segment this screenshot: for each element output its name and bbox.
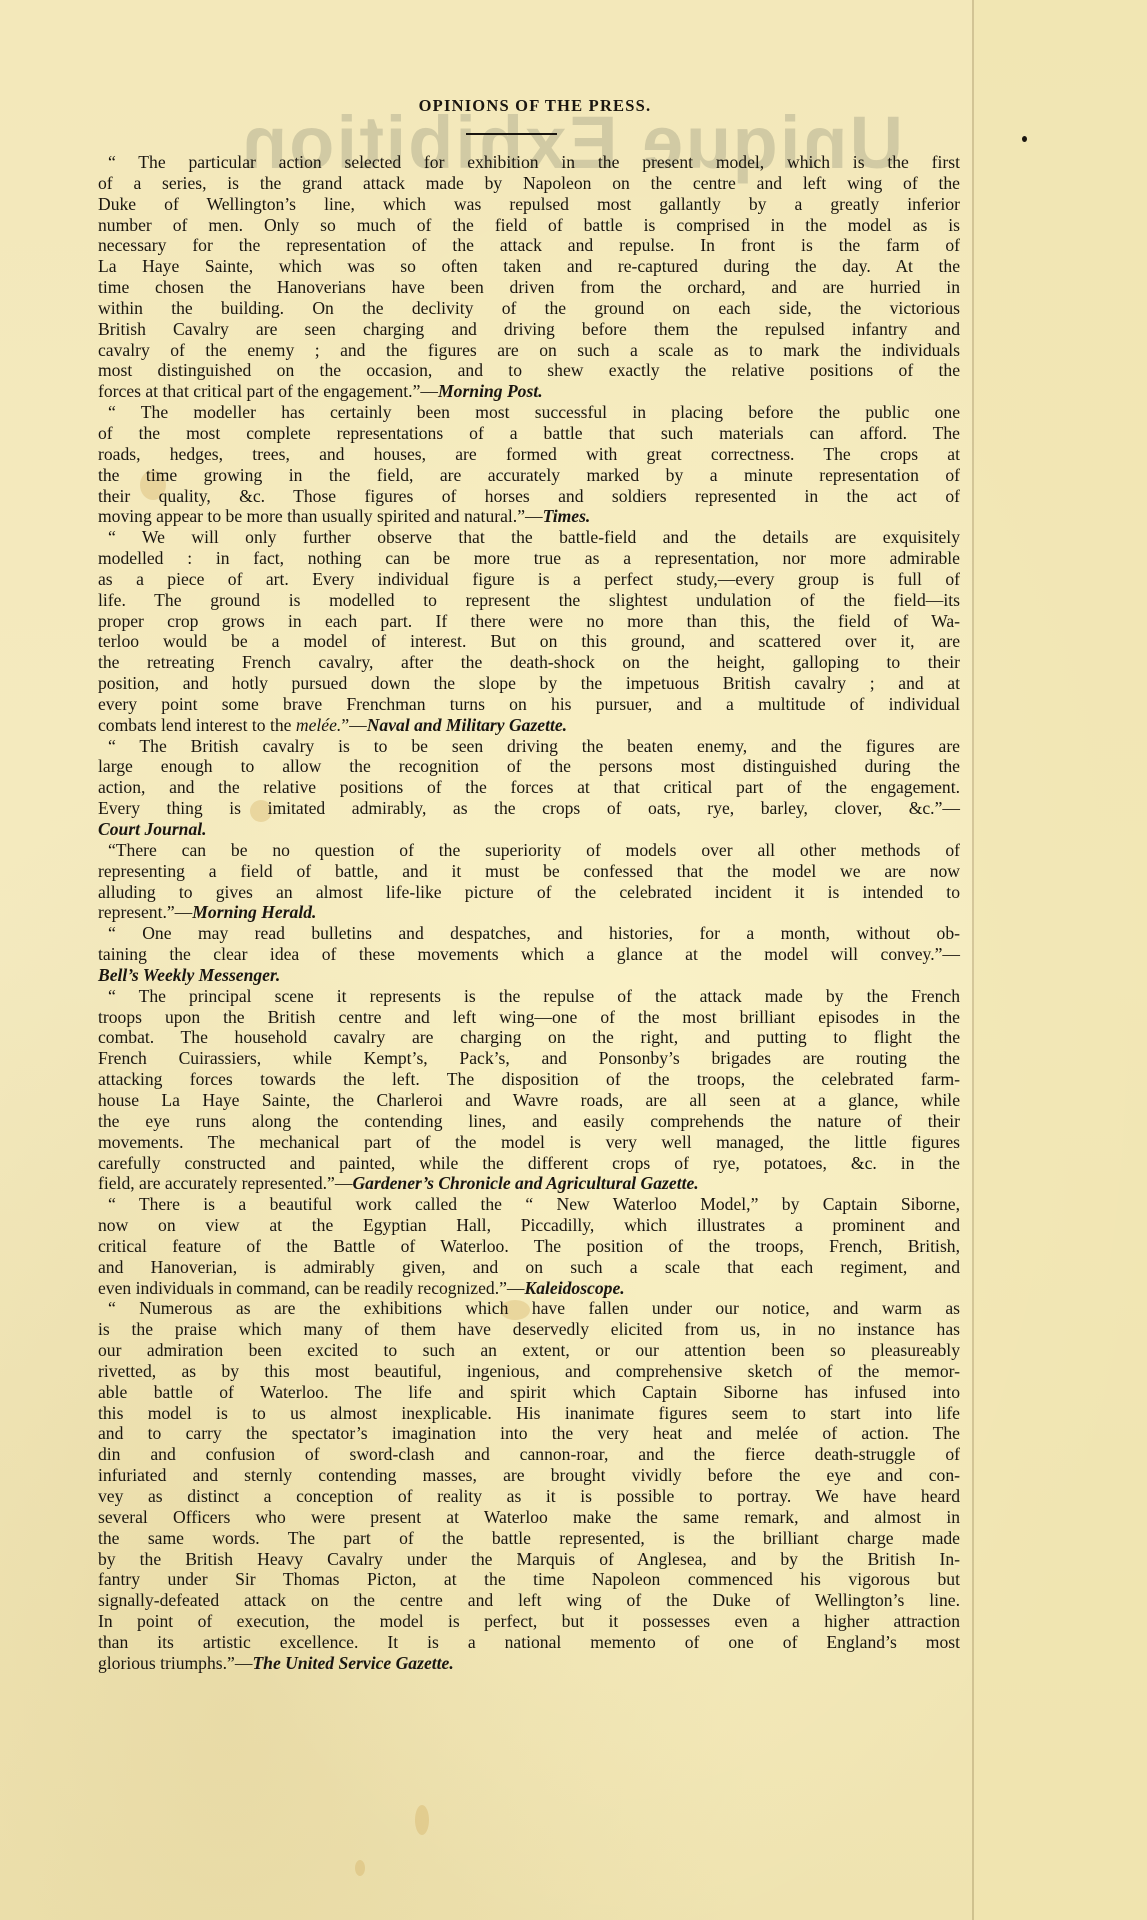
quote-line: this model is to us almost inexplicable.…: [98, 1403, 960, 1424]
quote-line: life. The ground is modelled to represen…: [98, 590, 960, 611]
quote-line: able battle of Waterloo. The life and sp…: [98, 1382, 960, 1403]
quote-line: alluding to gives an almost life-like pi…: [98, 882, 960, 903]
quote-attribution-line: even individuals in command, can be read…: [98, 1278, 960, 1299]
quote-line: In point of execution, the model is perf…: [98, 1611, 960, 1632]
quote-line: large enough to allow the recognition of…: [98, 756, 960, 777]
quote-text: glorious triumphs.”—: [98, 1653, 252, 1673]
quote-attribution-line: forces at that critical part of the enga…: [98, 381, 960, 402]
quote-attribution-line: glorious triumphs.”—The United Service G…: [98, 1653, 960, 1674]
quote-text: represent.”—: [98, 902, 192, 922]
quote-line: number of men. Only so much of the field…: [98, 215, 960, 236]
quote-text: field, are accurately represented.”—: [98, 1173, 352, 1193]
quote-line: “ The principal scene it represents is t…: [98, 986, 960, 1007]
quote-source: Morning Herald.: [192, 902, 316, 922]
quote-line: the same words. The part of the battle r…: [98, 1528, 960, 1549]
quote-line: by the British Heavy Cavalry under the M…: [98, 1549, 960, 1570]
quote-line: fantry under Sir Thomas Picton, at the t…: [98, 1569, 960, 1590]
quote-line: “ One may read bulletins and despatches,…: [98, 923, 960, 944]
quote-line: their quality, &c. Those figures of hors…: [98, 486, 960, 507]
quote-line: carefully constructed and painted, while…: [98, 1153, 960, 1174]
quote-line: representing a field of battle, and it m…: [98, 861, 960, 882]
quote-attribution-line: field, are accurately represented.”—Gard…: [98, 1173, 960, 1194]
quote-line: Duke of Wellington’s line, which was rep…: [98, 194, 960, 215]
quote-line: our admiration been excited to such an e…: [98, 1340, 960, 1361]
press-quote: “ One may read bulletins and despatches,…: [98, 923, 960, 986]
quote-line: “ We will only further observe that the …: [98, 527, 960, 548]
quote-line: cavalry of the enemy ; and the figures a…: [98, 340, 960, 361]
quote-line: house La Haye Sainte, the Charleroi and …: [98, 1090, 960, 1111]
quote-line: position, and hotly pursued down the slo…: [98, 673, 960, 694]
quote-line: taining the clear idea of these movement…: [98, 944, 960, 965]
quote-line: most distinguished on the occasion, and …: [98, 360, 960, 381]
quote-line: vey as distinct a conception of reality …: [98, 1486, 960, 1507]
quote-line: of the most complete representations of …: [98, 423, 960, 444]
quote-line: several Officers who were present at Wat…: [98, 1507, 960, 1528]
press-quote: “ The principal scene it represents is t…: [98, 986, 960, 1194]
quote-text: moving appear to be more than usually sp…: [98, 506, 543, 526]
quote-line: movements. The mechanical part of the mo…: [98, 1132, 960, 1153]
quote-line: rivetted, as by this most beautiful, ing…: [98, 1361, 960, 1382]
quote-line: French Cuirassiers, while Kempt’s, Pack’…: [98, 1048, 960, 1069]
paper-fold-line: [972, 0, 974, 1920]
italic-word: melée.: [296, 715, 341, 735]
press-quote: “ The particular action selected for exh…: [98, 152, 960, 402]
quote-line: signally-defeated attack on the centre a…: [98, 1590, 960, 1611]
quote-source: Kaleidoscope.: [525, 1278, 625, 1298]
quote-line: Every thing is imitated admirably, as th…: [98, 798, 960, 819]
quote-line: than its artistic excellence. It is a na…: [98, 1632, 960, 1653]
quote-text: combats lend interest to the: [98, 715, 296, 735]
paper-stain: [415, 1805, 429, 1835]
quote-line: modelled : in fact, nothing can be more …: [98, 548, 960, 569]
quote-line: the eye runs along the contending lines,…: [98, 1111, 960, 1132]
quote-line: every point some brave Frenchman turns o…: [98, 694, 960, 715]
press-quote: “ The British cavalry is to be seen driv…: [98, 736, 960, 840]
quote-line: combat. The household cavalry are chargi…: [98, 1027, 960, 1048]
quote-line: attacking forces towards the left. The d…: [98, 1069, 960, 1090]
quote-line: “ The modeller has certainly been most s…: [98, 402, 960, 423]
right-margin-panel: [974, 0, 1147, 1920]
quote-line: within the building. On the declivity of…: [98, 298, 960, 319]
press-quote: “ Numerous as are the exhibitions which …: [98, 1298, 960, 1673]
press-quote: “There can be no question of the superio…: [98, 840, 960, 923]
press-quote: “ We will only further observe that the …: [98, 527, 960, 735]
quote-line: terloo would be a model of interest. But…: [98, 631, 960, 652]
quote-source: The United Service Gazette.: [252, 1653, 453, 1673]
quote-line: infuriated and sternly contending masses…: [98, 1465, 960, 1486]
quote-line: now on view at the Egyptian Hall, Piccad…: [98, 1215, 960, 1236]
quote-attribution-line: represent.”—Morning Herald.: [98, 902, 960, 923]
quote-line: the retreating French cavalry, after the…: [98, 652, 960, 673]
press-quotes: “ The particular action selected for exh…: [98, 152, 960, 1674]
quote-line: time chosen the Hanoverians have been dr…: [98, 277, 960, 298]
quote-line: roads, hedges, trees, and houses, are fo…: [98, 444, 960, 465]
quote-line: proper crop grows in each part. If there…: [98, 611, 960, 632]
quote-line: “ Numerous as are the exhibitions which …: [98, 1298, 960, 1319]
quote-attribution-line: Bell’s Weekly Messenger.: [98, 965, 960, 986]
page-title: OPINIONS OF THE PRESS.: [0, 96, 1070, 116]
quote-line: troops upon the British centre and left …: [98, 1007, 960, 1028]
quote-attribution-line: combats lend interest to the melée.”—Nav…: [98, 715, 960, 736]
quote-line: as a piece of art. Every individual figu…: [98, 569, 960, 590]
quote-line: is the praise which many of them have de…: [98, 1319, 960, 1340]
quote-source: Times.: [543, 506, 591, 526]
quote-line: din and confusion of sword-clash and can…: [98, 1444, 960, 1465]
press-quote: “ There is a beautiful work called the “…: [98, 1194, 960, 1298]
ink-dot: [1022, 136, 1027, 142]
quote-source: Naval and Military Gazette.: [367, 715, 567, 735]
quote-line: “ The British cavalry is to be seen driv…: [98, 736, 960, 757]
quote-line: of a series, is the grand attack made by…: [98, 173, 960, 194]
quote-text: even individuals in command, can be read…: [98, 1278, 525, 1298]
quote-line: action, and the relative positions of th…: [98, 777, 960, 798]
quote-line: “ The particular action selected for exh…: [98, 152, 960, 173]
quote-line: La Haye Sainte, which was so often taken…: [98, 256, 960, 277]
paper-stain: [355, 1860, 365, 1876]
quote-line: and to carry the spectator’s imagination…: [98, 1423, 960, 1444]
quote-line: British Cavalry are seen charging and dr…: [98, 319, 960, 340]
quote-source: Gardener’s Chronicle and Agricultural Ga…: [352, 1173, 698, 1193]
quote-text: forces at that critical part of the enga…: [98, 381, 438, 401]
quote-line: “ There is a beautiful work called the “…: [98, 1194, 960, 1215]
quote-source: Morning Post.: [438, 381, 543, 401]
title-rule: [466, 133, 557, 135]
quote-attribution-line: moving appear to be more than usually sp…: [98, 506, 960, 527]
quote-line: and Hanoverian, is admirably given, and …: [98, 1257, 960, 1278]
quote-source: Court Journal.: [98, 819, 207, 839]
quote-line: necessary for the representation of the …: [98, 235, 960, 256]
quote-text: ”—: [341, 715, 366, 735]
quote-attribution-line: Court Journal.: [98, 819, 960, 840]
quote-line: “There can be no question of the superio…: [98, 840, 960, 861]
quote-source: Bell’s Weekly Messenger.: [98, 965, 280, 985]
press-quote: “ The modeller has certainly been most s…: [98, 402, 960, 527]
quote-line: the time growing in the field, are accur…: [98, 465, 960, 486]
quote-line: critical feature of the Battle of Waterl…: [98, 1236, 960, 1257]
